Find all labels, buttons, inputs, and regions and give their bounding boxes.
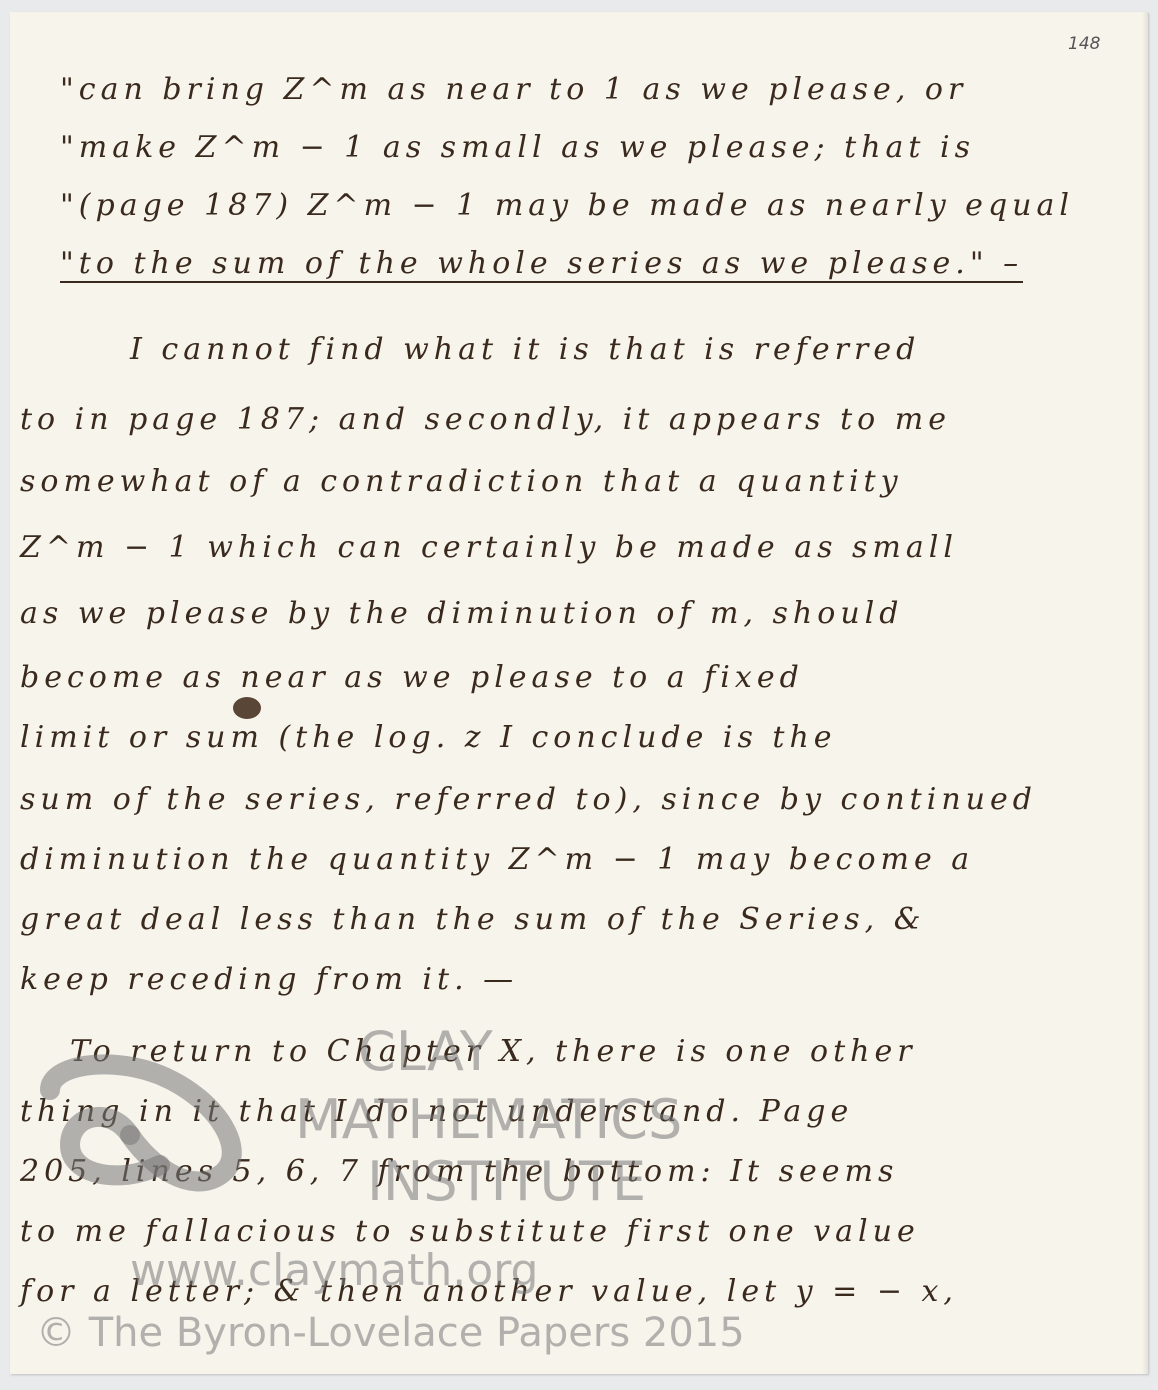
folio-number: 148	[1068, 34, 1100, 54]
text-line: I cannot find what it is that is referre…	[130, 332, 920, 367]
text-line: somewhat of a contradiction that a quant…	[20, 464, 903, 499]
watermark-url: www.claymath.org	[130, 1245, 538, 1296]
text-line: "(page 187) Z^m − 1 may be made as nearl…	[60, 188, 1074, 223]
watermark-clay: CLAY	[358, 1020, 493, 1083]
text-line: great deal less than the sum of the Seri…	[20, 902, 925, 937]
ink-blot	[233, 697, 261, 719]
watermark-copyright: © The Byron-Lovelace Papers 2015	[36, 1310, 745, 1356]
text-line: keep receding from it. —	[20, 962, 518, 997]
text-line: to me fallacious to substitute first one…	[20, 1214, 920, 1249]
text-line: "make Z^m − 1 as small as we please; tha…	[60, 130, 975, 165]
text-line: as we please by the diminution of m, sho…	[20, 596, 903, 631]
text-line: sum of the series, referred to), since b…	[20, 782, 1037, 817]
text-line: diminution the quantity Z^m − 1 may beco…	[20, 842, 974, 877]
text-line: "can bring Z^m as near to 1 as we please…	[60, 72, 967, 107]
text-line: "to the sum of the whole series as we pl…	[60, 246, 1023, 283]
text-line: Z^m − 1 which can certainly be made as s…	[20, 530, 958, 565]
text-line: limit or sum (the log. z I conclude is t…	[20, 720, 837, 755]
text-line: become as near as we please to a fixed	[20, 660, 804, 695]
watermark-mathematics: MATHEMATICS	[295, 1088, 682, 1151]
text-line: to in page 187; and secondly, it appears…	[20, 402, 951, 437]
knot-logo-icon	[30, 1045, 270, 1195]
watermark-institute: INSTITUTE	[367, 1150, 646, 1213]
